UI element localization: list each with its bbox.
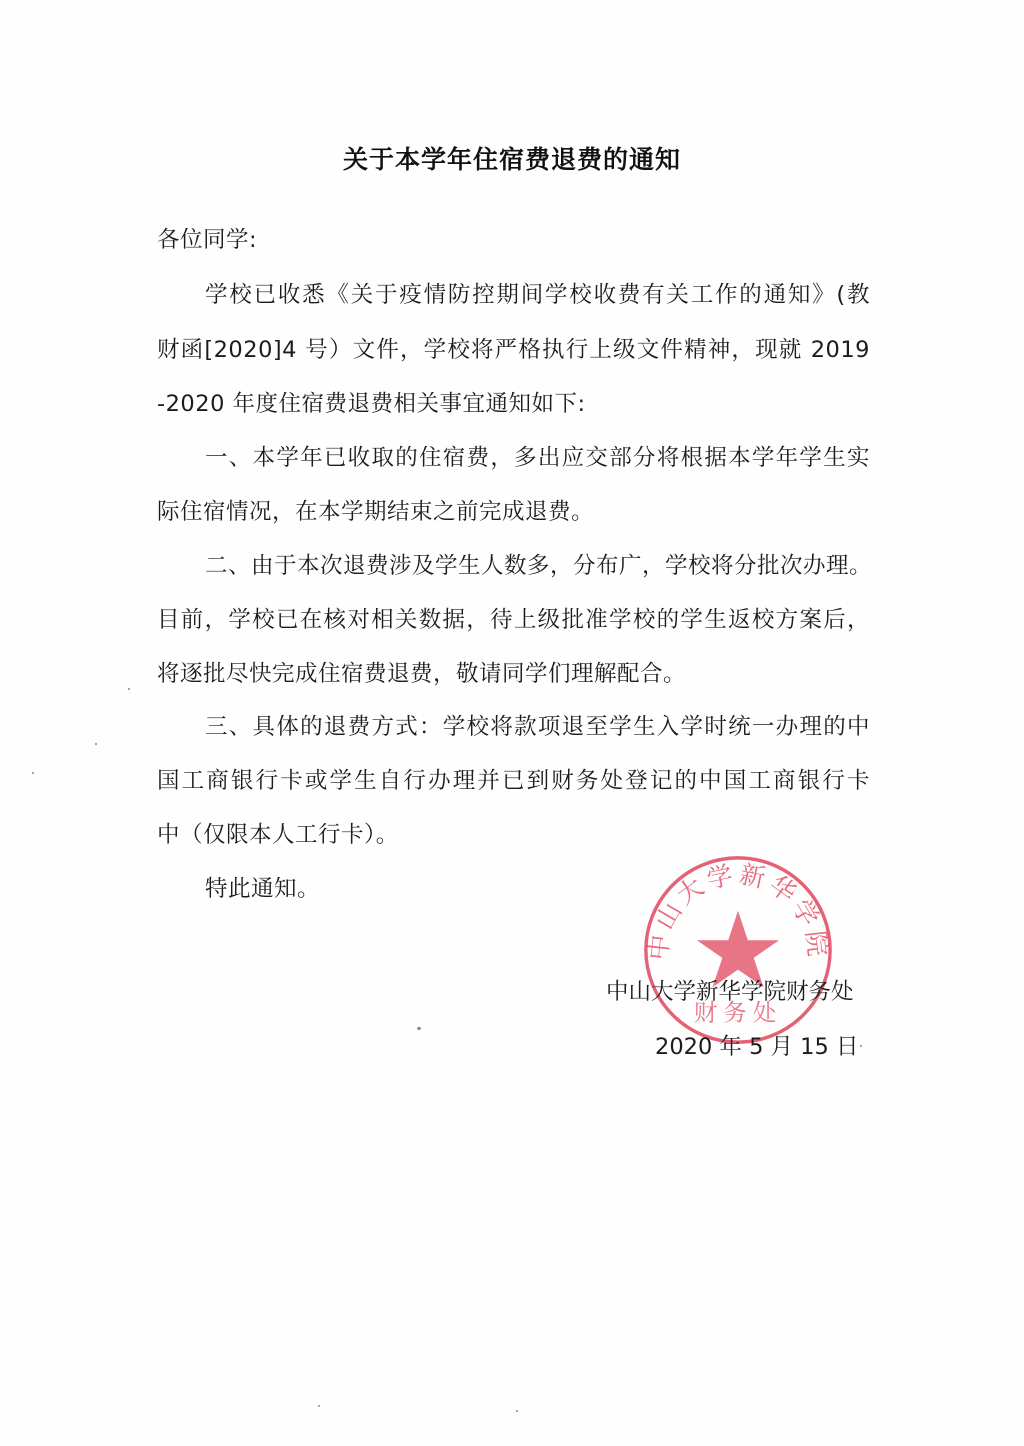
scan-speck	[318, 1405, 320, 1407]
closing-line: 特此通知。	[205, 871, 320, 903]
official-seal-icon: 中山大学新华学院 财务处	[640, 852, 836, 1048]
paragraph-line: 一、本学年已收取的住宿费，多出应交部分将根据本学年学生实	[205, 440, 870, 472]
paragraph-line: 国工商银行卡或学生自行办理并已到财务处登记的中国工商银行卡	[157, 763, 870, 795]
salutation: 各位同学:	[157, 222, 257, 254]
signature-organization: 中山大学新华学院财务处	[606, 974, 854, 1006]
paragraph-line: 学校已收悉《关于疫情防控期间学校收费有关工作的通知》(教	[205, 277, 870, 309]
paragraph-line: 中（仅限本人工行卡）。	[157, 817, 399, 849]
paragraph-line: -2020 年度住宿费退费相关事宜通知如下:	[157, 386, 586, 418]
scan-speck	[860, 1045, 862, 1047]
scan-speck	[32, 772, 34, 774]
paragraph-line: 际住宿情况，在本学期结束之前完成退费。	[157, 494, 594, 526]
paragraph-line: 财函[2020]4 号）文件，学校将严格执行上级文件精神，现就 2019	[157, 332, 870, 364]
paragraph-line: 目前，学校已在核对相关数据，待上级批准学校的学生返校方案后，	[157, 602, 870, 634]
scan-speck	[516, 1410, 518, 1412]
scan-speck	[417, 1027, 421, 1030]
scan-speck	[95, 743, 97, 745]
paragraph-line: 二、由于本次退费涉及学生人数多，分布广，学校将分批次办理。	[205, 548, 870, 580]
signature-date: 2020 年 5 月 15 日	[655, 1029, 858, 1061]
scan-speck	[128, 688, 130, 690]
paragraph-line: 三、具体的退费方式：学校将款项退至学生入学时统一办理的中	[205, 709, 870, 741]
document-title: 关于本学年住宿费退费的通知	[0, 140, 1024, 176]
paragraph-line: 将逐批尽快完成住宿费退费，敬请同学们理解配合。	[157, 656, 686, 688]
document-page: 关于本学年住宿费退费的通知 各位同学: 学校已收悉《关于疫情防控期间学校收费有关…	[0, 0, 1024, 1446]
